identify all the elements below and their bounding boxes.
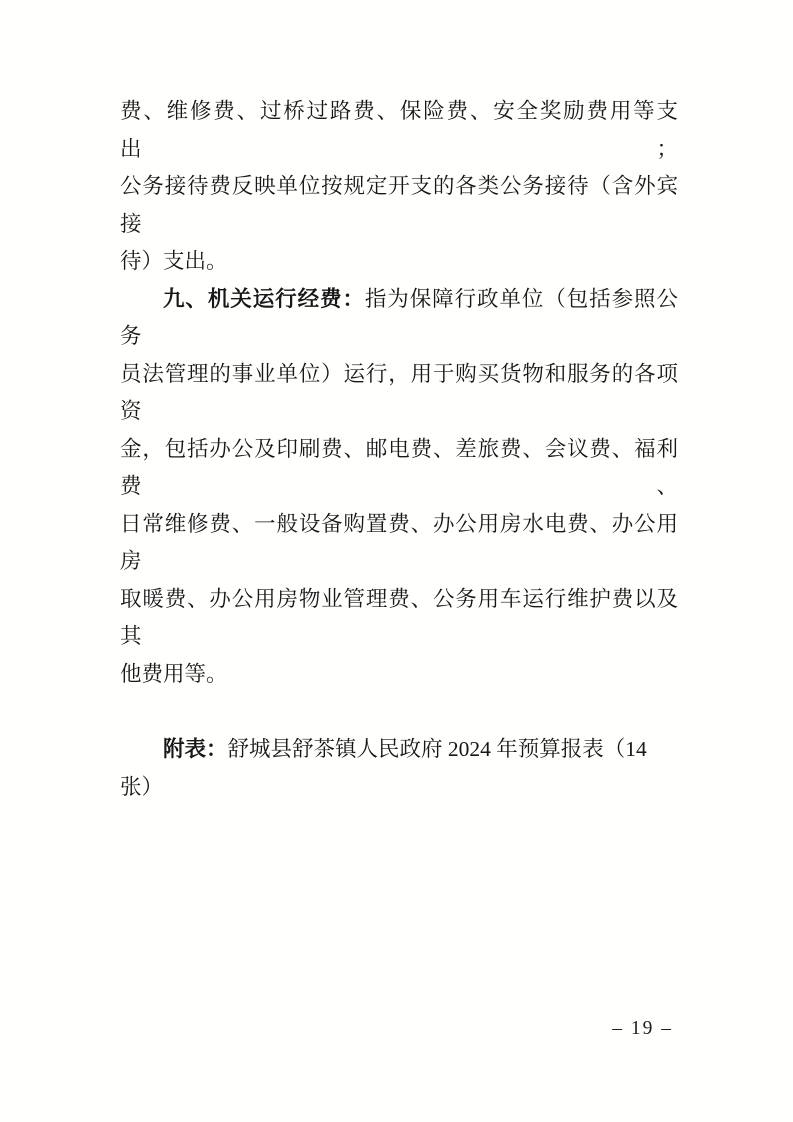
paragraph-continuation: 费、维修费、过桥过路费、保险费、安全奖励费用等支出； 公务接待费反映单位按规定开… [120,93,678,281]
text-line: 费、维修费、过桥过路费、保险费、安全奖励费用等支出； [120,93,678,168]
attachment-label: 附表： [163,737,228,761]
text-line: 他费用等。 [120,656,678,694]
text-line: 取暖费、办公用房物业管理费、公务用车运行维护费以及其 [120,581,678,656]
text-line: 待）支出。 [120,243,678,281]
page-number: – 19 – [612,1016,673,1042]
text-line: 员法管理的事业单位）运行，用于购买货物和服务的各项资 [120,356,678,431]
text-line: 九、机关运行经费：指为保障行政单位（包括参照公务 [120,281,678,356]
paragraph-section-nine: 九、机关运行经费：指为保障行政单位（包括参照公务 员法管理的事业单位）运行，用于… [120,281,678,694]
text-line: 日常维修费、一般设备购置费、办公用房水电费、办公用房 [120,506,678,581]
document-page: 费、维修费、过桥过路费、保险费、安全奖励费用等支出； 公务接待费反映单位按规定开… [0,0,793,1122]
body-text: 费、维修费、过桥过路费、保险费、安全奖励费用等支出； 公务接待费反映单位按规定开… [120,93,678,806]
text-line: 公务接待费反映单位按规定开支的各类公务接待（含外宾接 [120,168,678,243]
attachment-note: 附表：舒城县舒茶镇人民政府 2024 年预算报表（14 张） [120,731,678,806]
text-line: 金，包括办公及印刷费、邮电费、差旅费、会议费、福利费、 [120,431,678,506]
section-heading: 九、机关运行经费： [163,287,365,311]
